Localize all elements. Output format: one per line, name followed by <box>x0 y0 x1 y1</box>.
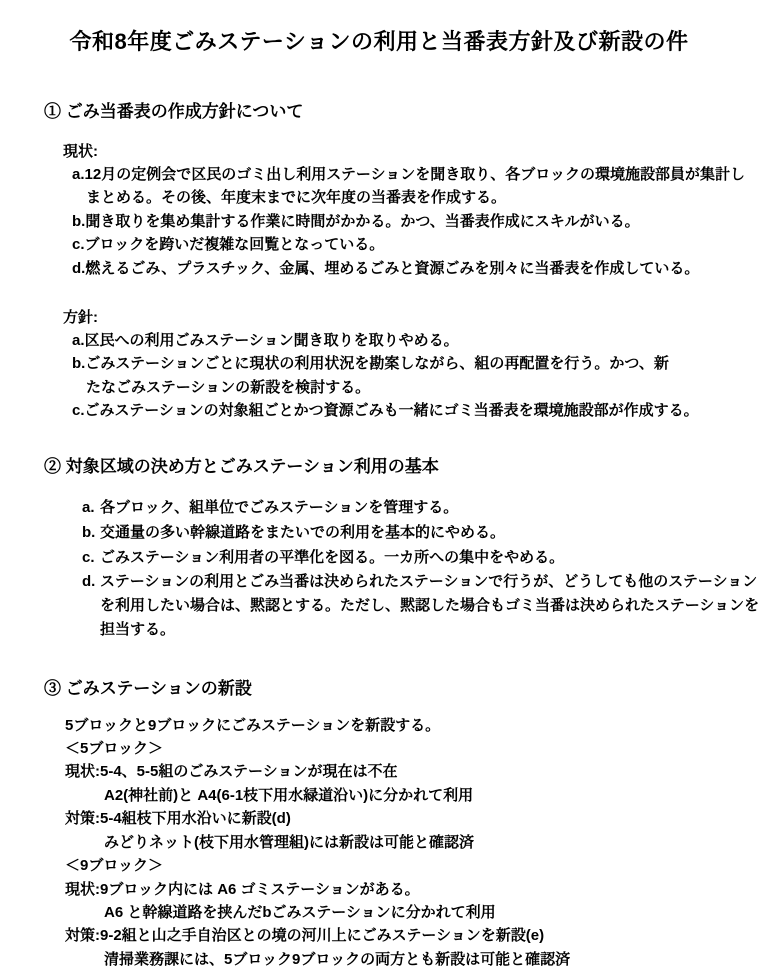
list-item-text: 交通量の多い幹線道路をまたいでの利用を基本的にやめる。 <box>100 520 505 545</box>
text-line: みどりネット(枝下用水管理組)には新設は可能と確認済 <box>104 831 758 854</box>
section-1-current-status-label: 現状: <box>63 140 758 163</box>
list-item: a. 各ブロック、組単位でごみステーションを管理する。 <box>82 495 758 520</box>
list-item: d. ステーションの利用とごみ当番は決められたステーションで行うが、どうしても他… <box>82 570 758 642</box>
text-line: 清掃業務課には、5ブロック9ブロックの両方とも新設は可能と確認済 <box>104 948 758 971</box>
text-line: c.ごみステーションの対象組ごとかつ資源ごみも一緒にゴミ当番表を環境施設部が作成… <box>72 399 758 422</box>
text-line: 現状:9ブロック内には A6 ゴミステーションがある。 <box>65 878 758 901</box>
text-line: 対策:5-4組枝下用水沿いに新設(d) <box>65 807 758 830</box>
list-item-marker: c. <box>82 545 100 570</box>
text-line: b.聞き取りを集め集計する作業に時間がかかる。かつ、当番表作成にスキルがいる。 <box>72 210 758 233</box>
text-line: を利用したい場合は、黙認とする。ただし、黙認した場合もゴミ当番は決められたステー… <box>100 594 758 618</box>
list-item-marker: a. <box>82 495 100 520</box>
section-3-heading: ③ ごみステーションの新設 <box>44 678 758 700</box>
text-line: A6 と幹線道路を挟んだbごみステーションに分かれて利用 <box>104 901 758 924</box>
section-3-body: 5ブロックと9ブロックにごみステーションを新設する。 ＜5ブロック＞ 現状:5-… <box>0 714 758 971</box>
block-9-label: ＜9ブロック＞ <box>65 854 758 877</box>
section-2-heading: ② 対象区域の決め方とごみステーション利用の基本 <box>44 456 758 478</box>
text-line: A2(神社前)と A4(6-1枝下用水緑道沿い)に分かれて利用 <box>104 784 758 807</box>
list-item-text: ごみステーション利用者の平準化を図る。一カ所への集中をやめる。 <box>100 545 564 570</box>
text-line: 担当する。 <box>100 618 758 642</box>
text-line: b.ごみステーションごとに現状の利用状況を勘案しながら、組の再配置を行う。かつ、… <box>72 352 758 375</box>
text-line: 5ブロックと9ブロックにごみステーションを新設する。 <box>65 714 758 737</box>
section-1-policy-label: 方針: <box>63 306 758 329</box>
section-2-list: a. 各ブロック、組単位でごみステーションを管理する。 b. 交通量の多い幹線道… <box>0 495 758 642</box>
text-line: ステーションの利用とごみ当番は決められたステーションで行うが、どうしても他のステ… <box>100 570 758 594</box>
text-line: 現状:5-4、5-5組のごみステーションが現在は不在 <box>65 760 758 783</box>
text-line: a.区民への利用ごみステーション聞き取りを取りやめる。 <box>72 329 758 352</box>
text-line: d.燃えるごみ、プラスチック、金属、埋めるごみと資源ごみを別々に当番表を作成して… <box>72 257 758 280</box>
text-line: a.12月の定例会で区民のゴミ出し利用ステーションを聞き取り、各ブロックの環境施… <box>72 163 758 186</box>
block-5-label: ＜5ブロック＞ <box>65 737 758 760</box>
document-page: 令和8年度ごみステーションの利用と当番表方針及び新設の件 ① ごみ当番表の作成方… <box>0 0 758 971</box>
list-item: b. 交通量の多い幹線道路をまたいでの利用を基本的にやめる。 <box>82 520 758 545</box>
list-item-marker: b. <box>82 520 100 545</box>
list-item: c. ごみステーション利用者の平準化を図る。一カ所への集中をやめる。 <box>82 545 758 570</box>
document-title: 令和8年度ごみステーションの利用と当番表方針及び新設の件 <box>0 0 758 57</box>
text-line: 対策:9-2組と山之手自治区との境の河川上にごみステーションを新設(e) <box>65 924 758 947</box>
list-item-text: ステーションの利用とごみ当番は決められたステーションで行うが、どうしても他のステ… <box>100 570 758 642</box>
text-line: まとめる。その後、年度末までに次年度の当番表を作成する。 <box>86 186 758 209</box>
list-item-marker: d. <box>82 570 100 642</box>
text-line: たなごみステーションの新設を検討する。 <box>86 376 758 399</box>
section-1-heading: ① ごみ当番表の作成方針について <box>44 101 758 123</box>
text-line: c.ブロックを跨いだ複雑な回覧となっている。 <box>72 233 758 256</box>
list-item-text: 各ブロック、組単位でごみステーションを管理する。 <box>100 495 458 520</box>
